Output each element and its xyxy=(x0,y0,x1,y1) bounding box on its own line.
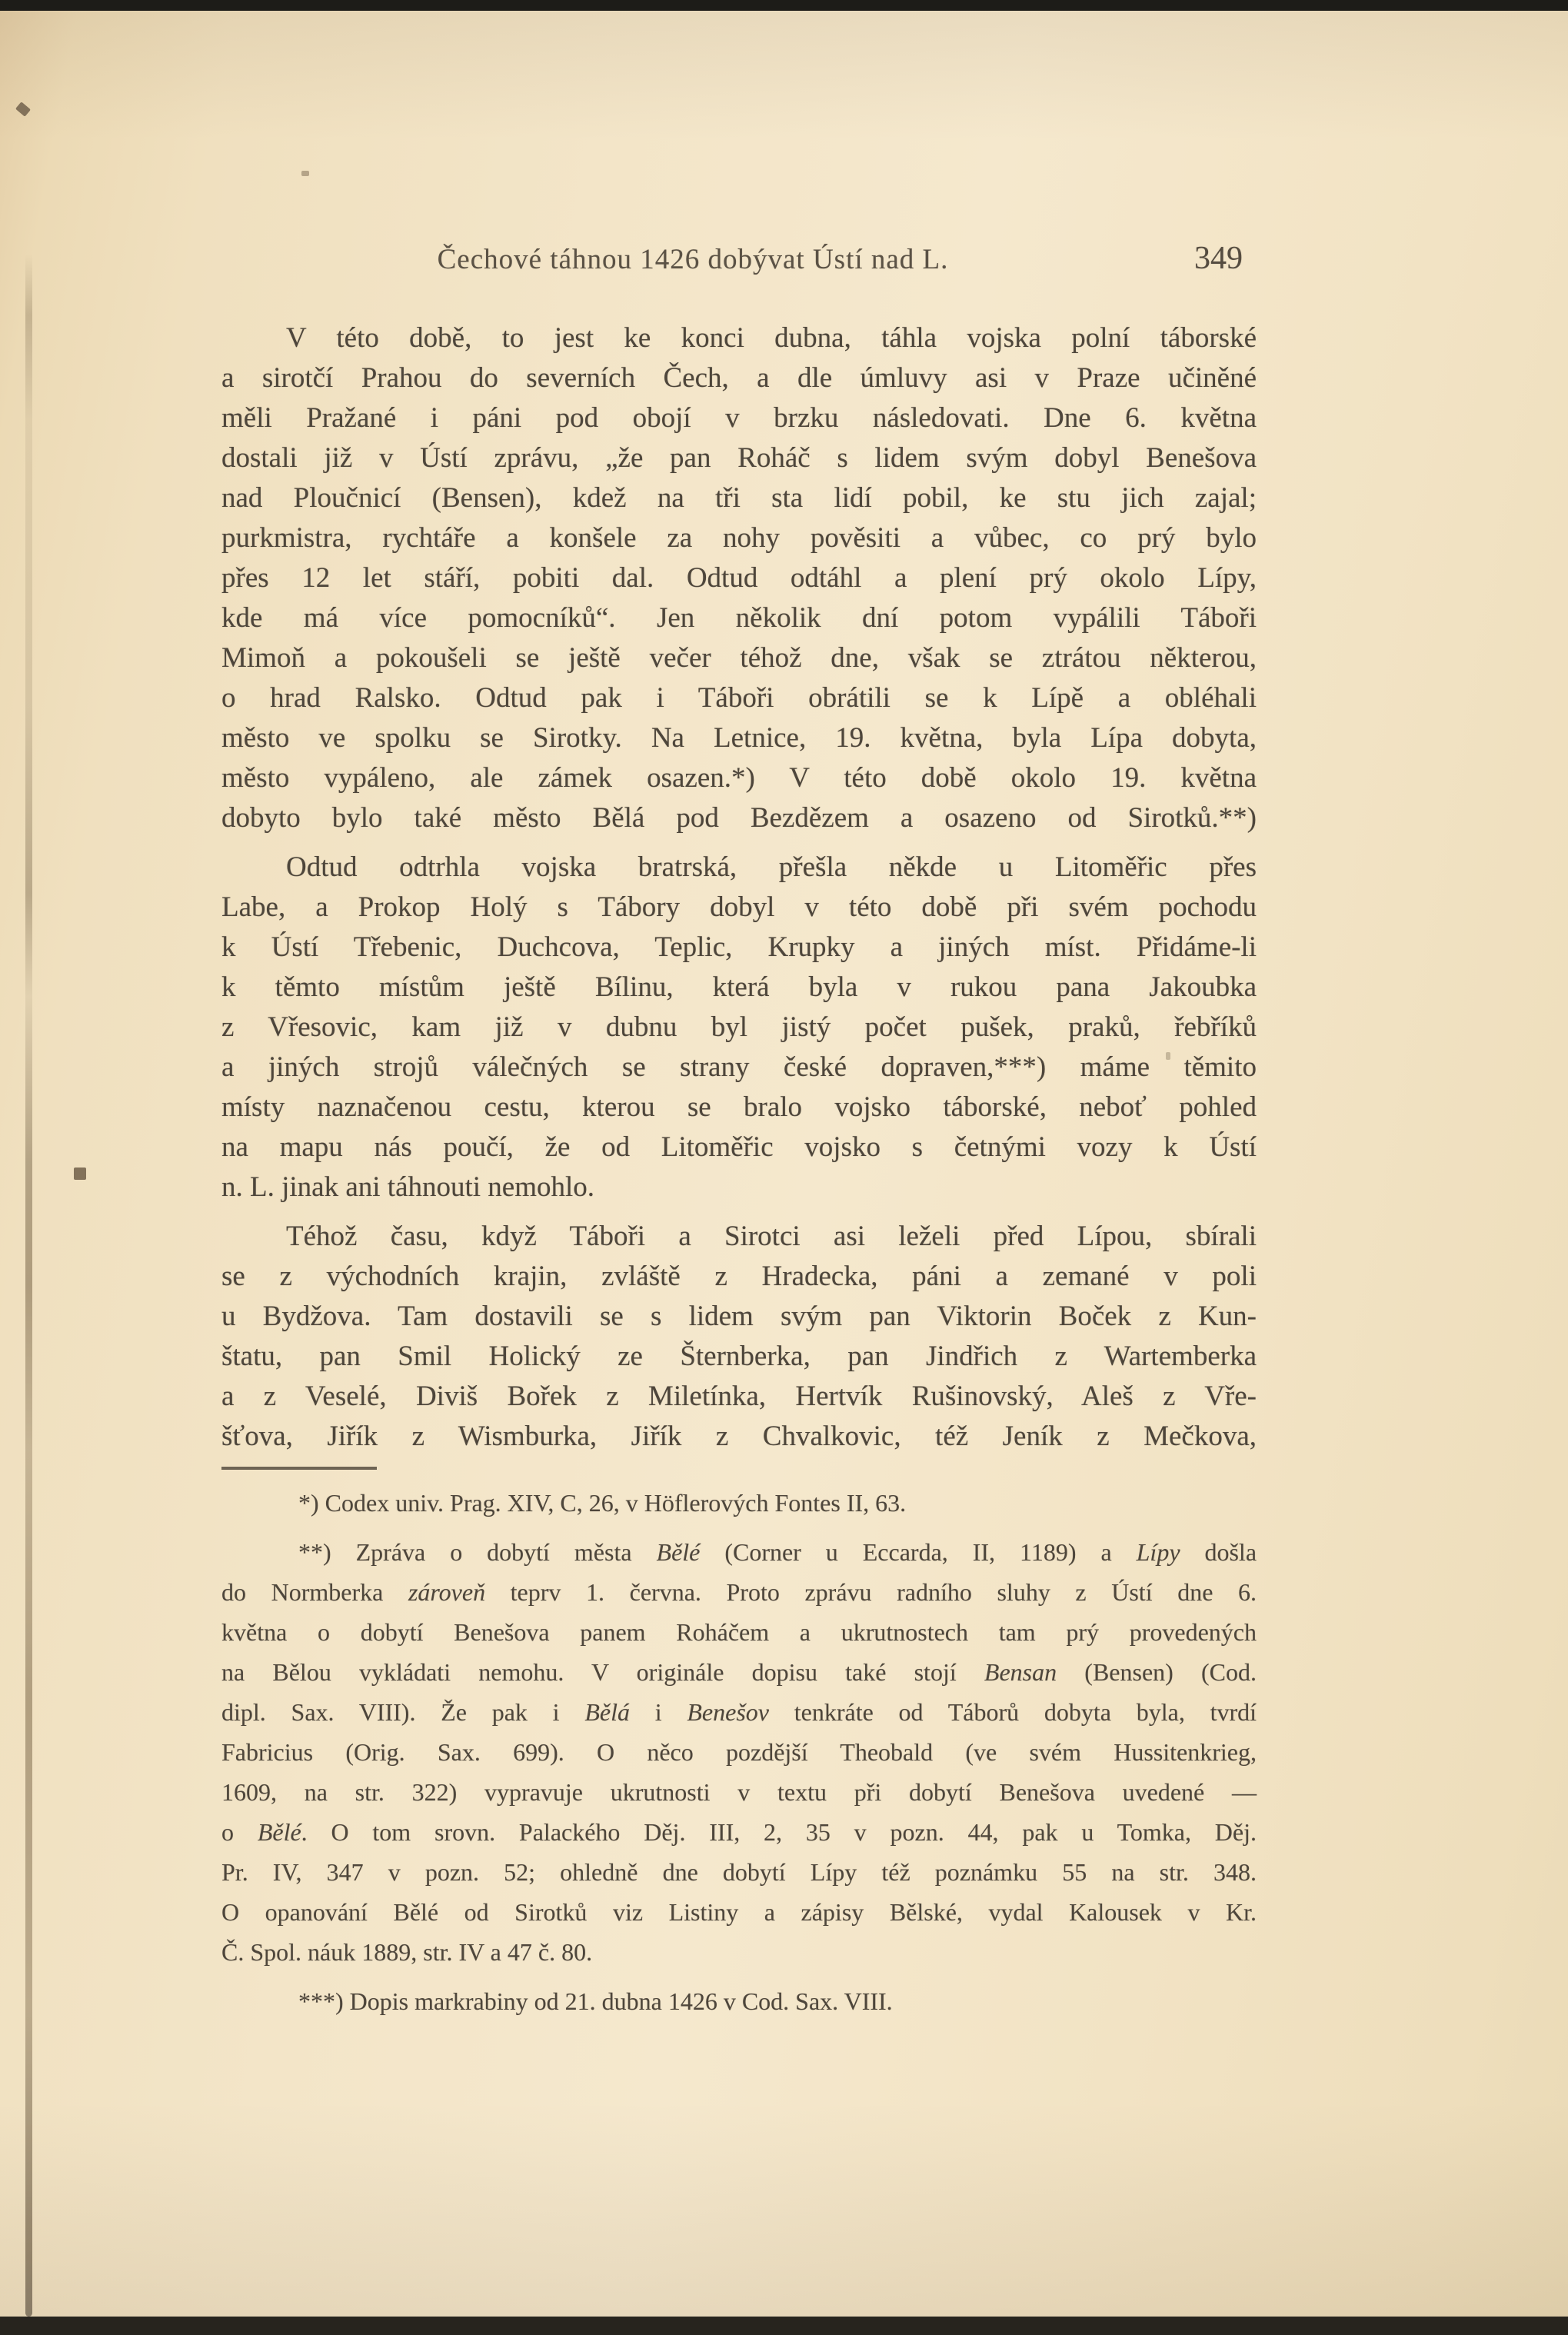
paragraph: **) Zpráva o dobytí města Bělé (Corner u… xyxy=(221,1532,1257,1972)
body-line: k Ústí Třebenic, Duchcova, Teplic, Krupk… xyxy=(221,928,1257,968)
running-title: Čechové táhnou 1426 dobývat Ústí nad L. xyxy=(221,243,1164,276)
body-line: a sirotčí Prahou do severních Čech, a dl… xyxy=(221,358,1257,398)
paper-speck xyxy=(15,102,31,116)
footnote-line: o Bělé. O tom srovn. Palackého Děj. III,… xyxy=(221,1812,1257,1852)
footnote-line: Č. Spol. náuk 1889, str. IV a 47 č. 80. xyxy=(221,1932,1257,1972)
body-line: dostali již v Ústí zprávu, „že pan Roháč… xyxy=(221,438,1257,478)
paper-speck xyxy=(74,1167,86,1180)
footnote-line: ***) Dopis markrabiny od 21. dubna 1426 … xyxy=(221,1981,1257,2021)
body-line: Téhož času, když Táboři a Sirotci asi le… xyxy=(221,1217,1257,1257)
footnote-rule xyxy=(221,1467,377,1470)
body-line: se z východních krajin, zvláště z Hradec… xyxy=(221,1257,1257,1297)
footnotes: *) Codex univ. Prag. XIV, C, 26, v Höfle… xyxy=(221,1483,1257,2021)
page-number: 349 xyxy=(1194,240,1243,277)
footnote-line: 1609, na str. 322) vypravuje ukrutnosti … xyxy=(221,1772,1257,1812)
footnote-line: Fabricius (Orig. Sax. 699). O něco pozdě… xyxy=(221,1732,1257,1772)
body-line: Labe, a Prokop Holý s Tábory dobyl v tét… xyxy=(221,888,1257,928)
paper-speck xyxy=(301,171,309,176)
body-line: purkmistra, rychtáře a konšele za nohy p… xyxy=(221,518,1257,558)
body-line: přes 12 let stáří, pobiti dal. Odtud odt… xyxy=(221,558,1257,598)
body-line: místy naznačenou cestu, kterou se bralo … xyxy=(221,1088,1257,1128)
body-line: o hrad Ralsko. Odtud pak i Táboři obráti… xyxy=(221,678,1257,718)
body-line: Odtud odtrhla vojska bratrská, přešla ně… xyxy=(221,848,1257,888)
body-line: n. L. jinak ani táhnouti nemohlo. xyxy=(221,1167,1257,1207)
body-line: z Vřesovic, kam již v dubnu byl jistý po… xyxy=(221,1008,1257,1048)
body-line: V této době, to jest ke konci dubna, táh… xyxy=(221,318,1257,358)
body-text: V této době, to jest ke konci dubna, táh… xyxy=(221,318,1257,1457)
scan-edge-bottom xyxy=(0,2317,1568,2335)
paragraph: Téhož času, když Táboři a Sirotci asi le… xyxy=(221,1217,1257,1457)
body-line: na mapu nás poučí, že od Litoměřic vojsk… xyxy=(221,1128,1257,1167)
body-line: město ve spolku se Sirotky. Na Letnice, … xyxy=(221,718,1257,758)
footnote-line: do Normberka zároveň teprv 1. června. Pr… xyxy=(221,1572,1257,1612)
body-line: šťova, Jiřík z Wismburka, Jiřík z Chvalk… xyxy=(221,1417,1257,1457)
paragraph: Odtud odtrhla vojska bratrská, přešla ně… xyxy=(221,848,1257,1207)
footnote-line: dipl. Sax. VIII). Že pak i Bělá i Benešo… xyxy=(221,1692,1257,1732)
body-line: a z Veselé, Diviš Bořek z Miletínka, Her… xyxy=(221,1377,1257,1417)
footnote-line: na Bělou vykládati nemohu. V originále d… xyxy=(221,1652,1257,1692)
paragraph: ***) Dopis markrabiny od 21. dubna 1426 … xyxy=(221,1981,1257,2021)
footnote-line: Pr. IV, 347 v pozn. 52; ohledně dne doby… xyxy=(221,1852,1257,1892)
paragraph: V této době, to jest ke konci dubna, táh… xyxy=(221,318,1257,838)
footnote-line: května o dobytí Benešova panem Roháčem a… xyxy=(221,1612,1257,1652)
body-line: nad Ploučnicí (Bensen), kdež na tři sta … xyxy=(221,478,1257,518)
footnote-line: **) Zpráva o dobytí města Bělé (Corner u… xyxy=(221,1532,1257,1572)
body-line: a jiných strojů válečných se strany česk… xyxy=(221,1048,1257,1088)
footnote-line: O opanování Bělé od Sirotků viz Listiny … xyxy=(221,1892,1257,1932)
body-line: štatu, pan Smil Holický ze Šternberka, p… xyxy=(221,1337,1257,1377)
page-crease xyxy=(25,254,32,2317)
body-line: k těmto místům ještě Bílinu, která byla … xyxy=(221,968,1257,1008)
page-header: Čechové táhnou 1426 dobývat Ústí nad L. … xyxy=(221,243,1257,283)
body-line: Mimoň a pokoušeli se ještě večer téhož d… xyxy=(221,638,1257,678)
scan-edge-top xyxy=(0,0,1568,11)
body-line: měli Pražané i páni pod obojí v brzku ná… xyxy=(221,398,1257,438)
body-line: u Bydžova. Tam dostavili se s lidem svým… xyxy=(221,1297,1257,1337)
body-line: město vypáleno, ale zámek osazen.*) V té… xyxy=(221,758,1257,798)
body-line: dobyto bylo také město Bělá pod Bezdězem… xyxy=(221,798,1257,838)
paragraph: *) Codex univ. Prag. XIV, C, 26, v Höfle… xyxy=(221,1483,1257,1523)
body-line: kde má více pomocníků“. Jen několik dní … xyxy=(221,598,1257,638)
footnote-line: *) Codex univ. Prag. XIV, C, 26, v Höfle… xyxy=(221,1483,1257,1523)
